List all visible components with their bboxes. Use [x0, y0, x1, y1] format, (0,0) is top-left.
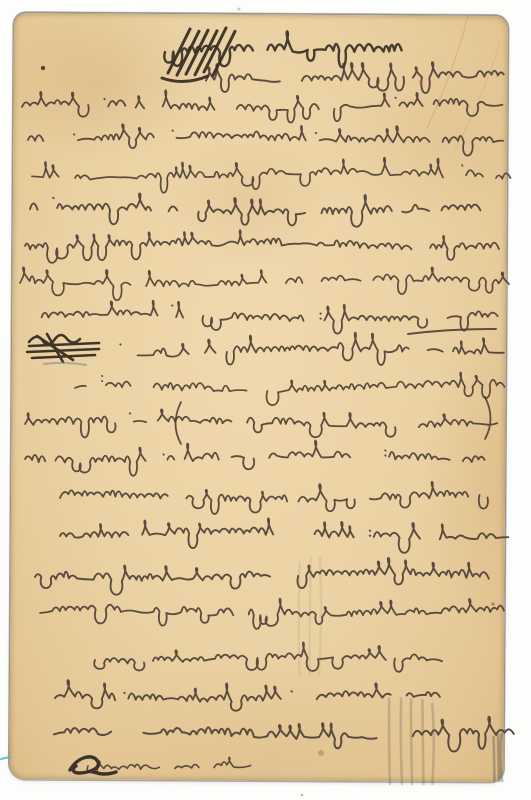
handwriting-line — [25, 441, 485, 476]
scanner-artifact-mark — [1, 757, 10, 759]
parenthesis-stroke — [485, 397, 491, 439]
smudge-streaks — [389, 699, 434, 785]
handwriting-line — [60, 518, 508, 552]
handwriting-line — [94, 642, 442, 671]
handwriting-line — [54, 717, 514, 752]
smudge-streaks — [299, 558, 321, 675]
handwriting-line — [25, 409, 497, 437]
parenthesis-stroke — [176, 402, 182, 444]
handwriting-line — [35, 558, 489, 595]
handwriting-line — [40, 599, 504, 629]
paper-speck — [491, 602, 495, 606]
handwriting-line — [55, 680, 440, 710]
smudge-streaks — [494, 734, 503, 781]
long-underline-stroke — [44, 363, 86, 365]
paper-speck — [419, 80, 422, 83]
paper-speck — [318, 750, 324, 756]
paper-speck — [238, 8, 241, 11]
crossed-out-word — [27, 334, 99, 362]
handwriting-line — [20, 267, 509, 300]
handwriting-line — [32, 158, 511, 193]
handwriting-line — [120, 333, 504, 365]
handwriting-line — [25, 230, 499, 263]
long-underline-stroke — [408, 329, 496, 334]
paper-speck — [301, 794, 304, 797]
handwriting-line — [42, 301, 498, 334]
handwriting-line — [22, 90, 502, 122]
handwriting-line — [206, 62, 504, 93]
handwriting-line — [60, 482, 509, 514]
handwriting-line — [28, 124, 503, 155]
paper-crease — [455, 42, 500, 150]
handwriting-layer — [0, 0, 531, 800]
handwriting-line — [30, 193, 480, 226]
handwriting-line — [75, 372, 505, 405]
paper-speck — [41, 66, 45, 70]
handwriting-line — [87, 757, 250, 773]
